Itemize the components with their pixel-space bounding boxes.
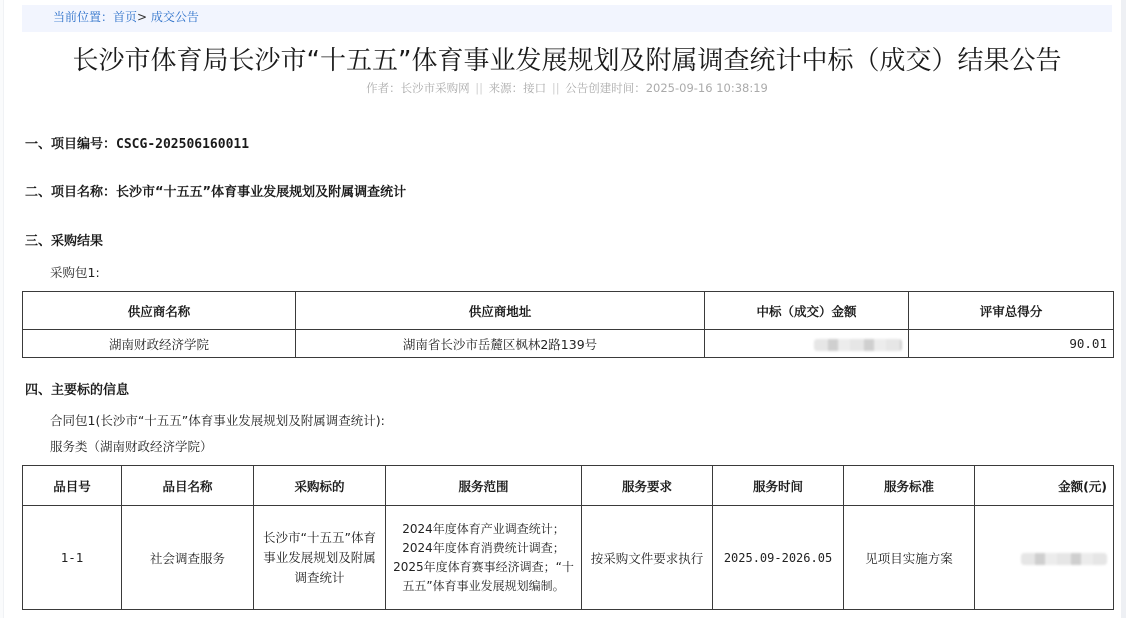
- item-amount: [975, 506, 1114, 610]
- page: 当前位置：首页> 成交公告 长沙市体育局长沙市“十五五”体育事业发展规划及附属调…: [3, 0, 1122, 618]
- breadcrumb-home-link[interactable]: 首页: [113, 10, 137, 24]
- source: 接口: [523, 81, 546, 95]
- article-meta: 作者：长沙市采购网 || 来源：接口 || 公告创建时间：2025-09-16 …: [4, 80, 1126, 96]
- breadcrumb-separator: >: [137, 10, 147, 24]
- meta-divider: ||: [473, 81, 485, 95]
- column-header: 供应商名称: [23, 292, 296, 330]
- supplier-address: 湖南省长沙市岳麓区枫林2路139号: [296, 330, 705, 358]
- supplier-name: 湖南财政经济学院: [23, 330, 296, 358]
- column-header: 评审总得分: [909, 292, 1114, 330]
- package-label: 采购包1:: [50, 263, 100, 281]
- created-time: 2025-09-16 10:38:19: [646, 81, 768, 95]
- section-main-items: 四、主要标的信息: [25, 379, 129, 398]
- column-header: 采购标的: [254, 466, 386, 506]
- procurement-target: 长沙市“十五五”体育事业发展规划及附属调查统计: [254, 506, 386, 610]
- section-project-number: 一、项目编号：CSCG-202506160011: [25, 133, 249, 152]
- scrollbar-track[interactable]: [1121, 0, 1126, 618]
- redacted-amount: [1021, 553, 1107, 565]
- meta-divider: ||: [550, 81, 562, 95]
- section-label: 一、项目编号：: [25, 137, 116, 152]
- column-header: 中标（成交）金额: [705, 292, 909, 330]
- column-header: 服务标准: [844, 466, 975, 506]
- column-header: 品目名称: [122, 466, 254, 506]
- section-project-name: 二、项目名称：长沙市“十五五”体育事业发展规划及附属调查统计: [25, 181, 406, 200]
- contract-package-label: 合同包1(长沙市“十五五”体育事业发展规划及附属调查统计):: [50, 411, 385, 429]
- service-standard: 见项目实施方案: [844, 506, 975, 610]
- project-name: 长沙市“十五五”体育事业发展规划及附属调查统计: [116, 185, 406, 200]
- item-number: 1-1: [23, 506, 122, 610]
- source-label: 来源：: [489, 81, 524, 95]
- award-amount: [705, 330, 909, 358]
- breadcrumb-prefix: 当前位置：: [53, 10, 113, 24]
- section-label: 二、项目名称：: [25, 185, 116, 200]
- breadcrumb: 当前位置：首页> 成交公告: [22, 5, 1112, 32]
- column-header: 品目号: [23, 466, 122, 506]
- table-row: 湖南财政经济学院 湖南省长沙市岳麓区枫林2路139号 90.01: [23, 330, 1114, 358]
- breadcrumb-current-link[interactable]: 成交公告: [151, 10, 199, 24]
- section-label: 四、主要标的信息: [25, 383, 129, 398]
- section-label: 三、采购结果: [25, 234, 103, 249]
- table-header-row: 品目号 品目名称 采购标的 服务范围 服务要求 服务时间 服务标准 金额(元): [23, 466, 1114, 506]
- service-scope: 2024年度体育产业调查统计；2024年度体育消费统计调查；2025年度体育赛事…: [386, 506, 582, 610]
- category-label: 服务类（湖南财政经济学院）: [50, 437, 213, 455]
- items-table: 品目号 品目名称 采购标的 服务范围 服务要求 服务时间 服务标准 金额(元) …: [22, 465, 1114, 610]
- service-requirement: 按采购文件要求执行: [582, 506, 713, 610]
- column-header: 供应商地址: [296, 292, 705, 330]
- column-header: 服务时间: [713, 466, 844, 506]
- table-row: 1-1 社会调查服务 长沙市“十五五”体育事业发展规划及附属调查统计 2024年…: [23, 506, 1114, 610]
- project-number: CSCG-202506160011: [116, 137, 249, 152]
- page-title: 长沙市体育局长沙市“十五五”体育事业发展规划及附属调查统计中标（成交）结果公告: [4, 40, 1126, 77]
- author-label: 作者：: [366, 81, 401, 95]
- service-time: 2025.09-2026.05: [713, 506, 844, 610]
- result-table: 供应商名称 供应商地址 中标（成交）金额 评审总得分 湖南财政经济学院 湖南省长…: [22, 291, 1114, 358]
- item-name: 社会调查服务: [122, 506, 254, 610]
- author: 长沙市采购网: [401, 81, 470, 95]
- redacted-amount: [814, 339, 902, 351]
- column-header: 服务范围: [386, 466, 582, 506]
- column-header: 服务要求: [582, 466, 713, 506]
- created-label: 公告创建时间：: [565, 81, 646, 95]
- review-score: 90.01: [909, 330, 1114, 358]
- section-procurement-result: 三、采购结果: [25, 230, 103, 249]
- column-header: 金额(元): [975, 466, 1114, 506]
- table-header-row: 供应商名称 供应商地址 中标（成交）金额 评审总得分: [23, 292, 1114, 330]
